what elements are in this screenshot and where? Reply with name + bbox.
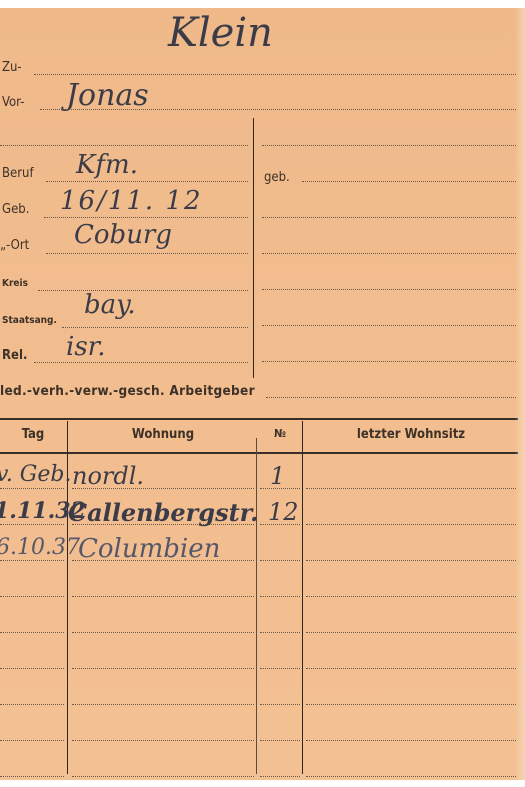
table-row-line xyxy=(260,740,300,741)
table-row-line xyxy=(260,632,300,633)
citizenship-value: bay. xyxy=(84,290,136,320)
born-line xyxy=(44,217,248,218)
table-row-line xyxy=(0,488,64,489)
birthplace-label: „-Ort xyxy=(0,238,29,253)
table-row-line xyxy=(260,704,300,705)
header-wohnung: Wohnung xyxy=(68,427,258,442)
birthplace-line xyxy=(46,253,248,254)
table-row-line xyxy=(306,740,516,741)
first-name-value: Jonas xyxy=(66,78,149,113)
table-row-line xyxy=(72,596,254,597)
row-1-wohnung: nordl. xyxy=(72,462,144,490)
religion-line xyxy=(34,362,248,363)
table-row-line xyxy=(0,776,64,777)
right-line-6 xyxy=(262,325,516,326)
born-value: 16/11. 12 xyxy=(60,186,203,216)
table-row-line xyxy=(72,632,254,633)
surname-line xyxy=(34,74,516,75)
first-name-line xyxy=(40,109,516,110)
row-1-tag: v. Geb. xyxy=(0,462,71,487)
header-tag: Tag xyxy=(0,427,66,442)
table-top-rule xyxy=(0,418,518,420)
table-row-line xyxy=(260,776,300,777)
table-row-line xyxy=(306,596,516,597)
column-divider xyxy=(253,118,254,378)
table-row-line xyxy=(306,776,516,777)
religion-label: Rel. xyxy=(2,348,27,363)
table-row-line xyxy=(260,560,300,561)
table-row-line xyxy=(0,524,64,525)
religion-value: isr. xyxy=(66,332,106,362)
table-row-line xyxy=(0,668,64,669)
table-row-line xyxy=(306,488,516,489)
right-line-5 xyxy=(262,289,516,290)
table-row-line xyxy=(0,560,64,561)
district-line xyxy=(38,290,248,291)
table-row-line xyxy=(0,596,64,597)
table-row-line xyxy=(0,704,64,705)
table-row-line xyxy=(72,740,254,741)
occupation-line xyxy=(46,181,248,182)
right-line-4 xyxy=(262,253,516,254)
spouse-born-line xyxy=(302,181,516,182)
table-row-line xyxy=(0,740,64,741)
marital-employer-label: led.-verh.-verw.-gesch. Arbeitgeber xyxy=(0,383,255,399)
table-divider-2 xyxy=(256,438,257,774)
table-row-line xyxy=(260,596,300,597)
row-2-nr: 12 xyxy=(268,498,299,526)
born-label: Geb. xyxy=(2,202,29,217)
right-line-3 xyxy=(262,217,516,218)
table-row-line xyxy=(72,704,254,705)
occupation-value: Kfm. xyxy=(76,150,138,180)
table-row-line xyxy=(306,560,516,561)
table-row-line xyxy=(0,632,64,633)
table-row-line xyxy=(260,668,300,669)
table-row-line xyxy=(306,524,516,525)
table-row-line xyxy=(72,668,254,669)
table-row-line xyxy=(306,668,516,669)
district-label: Kreis xyxy=(2,278,28,289)
table-header-rule xyxy=(0,452,518,454)
row-3-tag: 6.10.37 xyxy=(0,535,80,560)
blank-line xyxy=(0,145,248,146)
citizenship-label: Staatsang. xyxy=(2,315,57,326)
header-letzter-wohnsitz: letzter Wohnsitz xyxy=(304,427,518,442)
first-name-label: Vor- xyxy=(2,95,24,110)
right-line-1 xyxy=(262,145,516,146)
row-1-nr: 1 xyxy=(270,462,285,490)
registration-card: Klein Zu- Jonas Vor- Kfm. Beruf 16/11. 1… xyxy=(0,8,525,780)
header-nr: № xyxy=(258,427,302,440)
employer-line xyxy=(266,397,516,398)
right-line-7 xyxy=(262,361,516,362)
spouse-born-label: geb. xyxy=(264,170,290,185)
table-row-line xyxy=(72,776,254,777)
table-divider-3 xyxy=(302,421,303,774)
surname-label: Zu- xyxy=(2,60,22,75)
occupation-label: Beruf xyxy=(2,166,34,181)
citizenship-line xyxy=(62,327,248,328)
table-row-line xyxy=(306,704,516,705)
row-3-wohnung: Columbien xyxy=(78,534,220,564)
birthplace-value: Coburg xyxy=(74,220,172,250)
surname-value: Klein xyxy=(168,10,273,56)
row-2-wohnung: Callenbergstr. xyxy=(68,498,258,527)
table-row-line xyxy=(306,632,516,633)
